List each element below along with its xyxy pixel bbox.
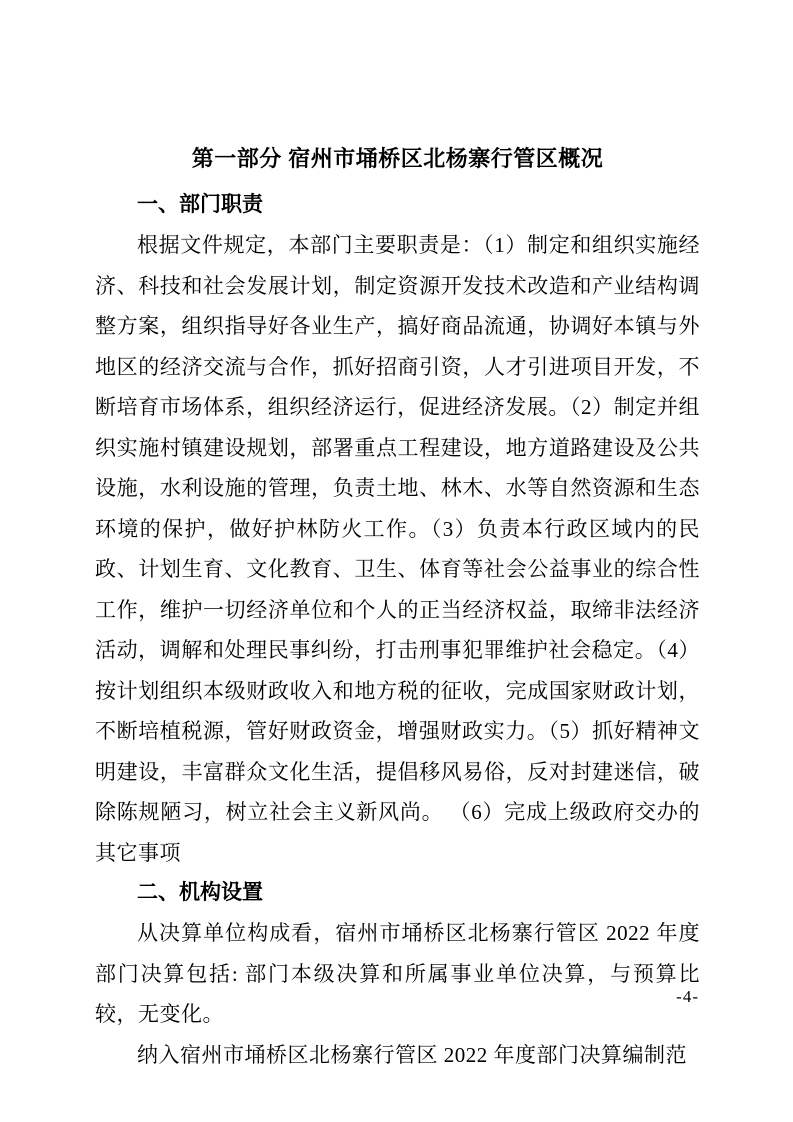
organization-paragraph-1: 从决算单位构成看，宿州市埇桥区北杨寨行管区 2022 年度部门决算包括: 部门本… bbox=[95, 913, 700, 1035]
section-heading-organization: 二、机构设置 bbox=[95, 873, 700, 913]
section-heading-duties: 一、部门职责 bbox=[95, 185, 700, 225]
page-number: -4- bbox=[676, 987, 699, 1007]
document-page: 第一部分 宿州市埇桥区北杨寨行管区概况 一、部门职责 根据文件规定，本部门主要职… bbox=[0, 0, 793, 1122]
organization-paragraph-2: 纳入宿州市埇桥区北杨寨行管区 2022 年度部门决算编制范 bbox=[95, 1035, 700, 1076]
duties-paragraph: 根据文件规定，本部门主要职责是：（1）制定和组织实施经济、科技和社会发展计划，制… bbox=[95, 225, 700, 873]
document-title: 第一部分 宿州市埇桥区北杨寨行管区概况 bbox=[95, 143, 700, 175]
